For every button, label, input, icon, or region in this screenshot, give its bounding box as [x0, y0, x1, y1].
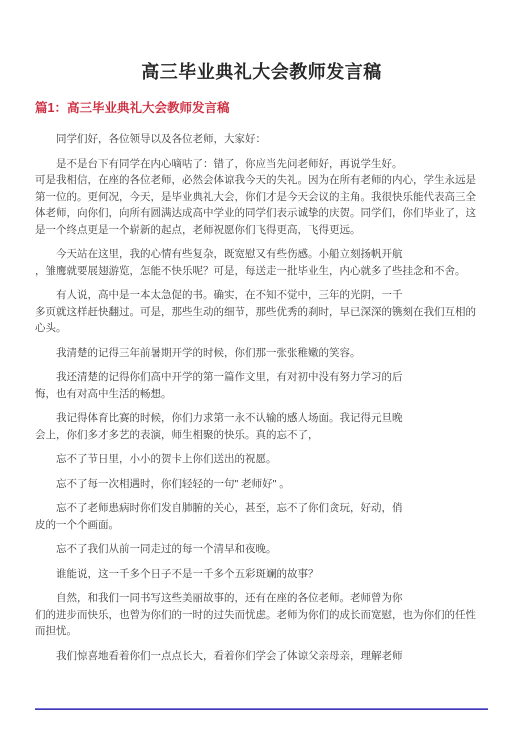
section-heading: 篇1：高三毕业典礼大会教师发言稿	[35, 100, 488, 117]
bottom-divider	[35, 708, 488, 710]
paragraph: 我记得体育比赛的时候，你们力求第一永不认输的感人场面。我记得元旦晚 会上，你们多…	[35, 410, 488, 443]
paragraph: 我清楚的记得三年前暑期开学的时候，你们那一张张稚嫩的笑容。	[35, 345, 488, 362]
document-body: 同学们好，各位领导以及各位老师，大家好： 是不是台下有同学在内心嘀咕了：错了，你…	[35, 131, 488, 664]
paragraph: 今天站在这里，我的心情有些复杂，既宽慰又有些伤感。小船立刻扬帆开航 ，雏鹰就要展…	[35, 246, 488, 279]
paragraph: 自然，和我们一同书写这些美丽故事的，还有在座的各位老师。老师曾为你 们的进步而快…	[35, 590, 488, 640]
paragraph: 有人说，高中是一本太急促的书。确实，在不知不觉中，三年的光阴，一千 多页就这样赶…	[35, 287, 488, 337]
paragraph: 谁能说，这一千多个日子不是一千多个五彩斑斓的故事？	[35, 566, 488, 583]
paragraph: 忘不了节日里，小小的贺卡上你们送出的祝愿。	[35, 451, 488, 468]
paragraph: 我们惊喜地看着你们一点点长大，看着你们学会了体谅父亲母亲，理解老师	[35, 648, 488, 665]
paragraph: 忘不了每一次相遇时，你们轻轻的一句" 老师好" 。	[35, 476, 488, 493]
paragraph: 忘不了老师患病时你们发自肺腑的关心，甚至，忘不了你们贪玩，好动，俏 皮的一个个画…	[35, 500, 488, 533]
paragraph: 忘不了我们从前一同走过的每一个清早和夜晚。	[35, 541, 488, 558]
page-title: 高三毕业典礼大会教师发言稿	[35, 60, 488, 84]
document-page: 高三毕业典礼大会教师发言稿 篇1：高三毕业典礼大会教师发言稿 同学们好，各位领导…	[0, 0, 520, 736]
paragraph: 是不是台下有同学在内心嘀咕了：错了，你应当先问老师好，再说学生好。 可是我相信，…	[35, 156, 488, 239]
paragraph-greeting: 同学们好，各位领导以及各位老师，大家好：	[35, 131, 488, 148]
paragraph: 我还清楚的记得你们高中开学的第一篇作文里，有对初中没有努力学习的后 悔，也有对高…	[35, 369, 488, 402]
